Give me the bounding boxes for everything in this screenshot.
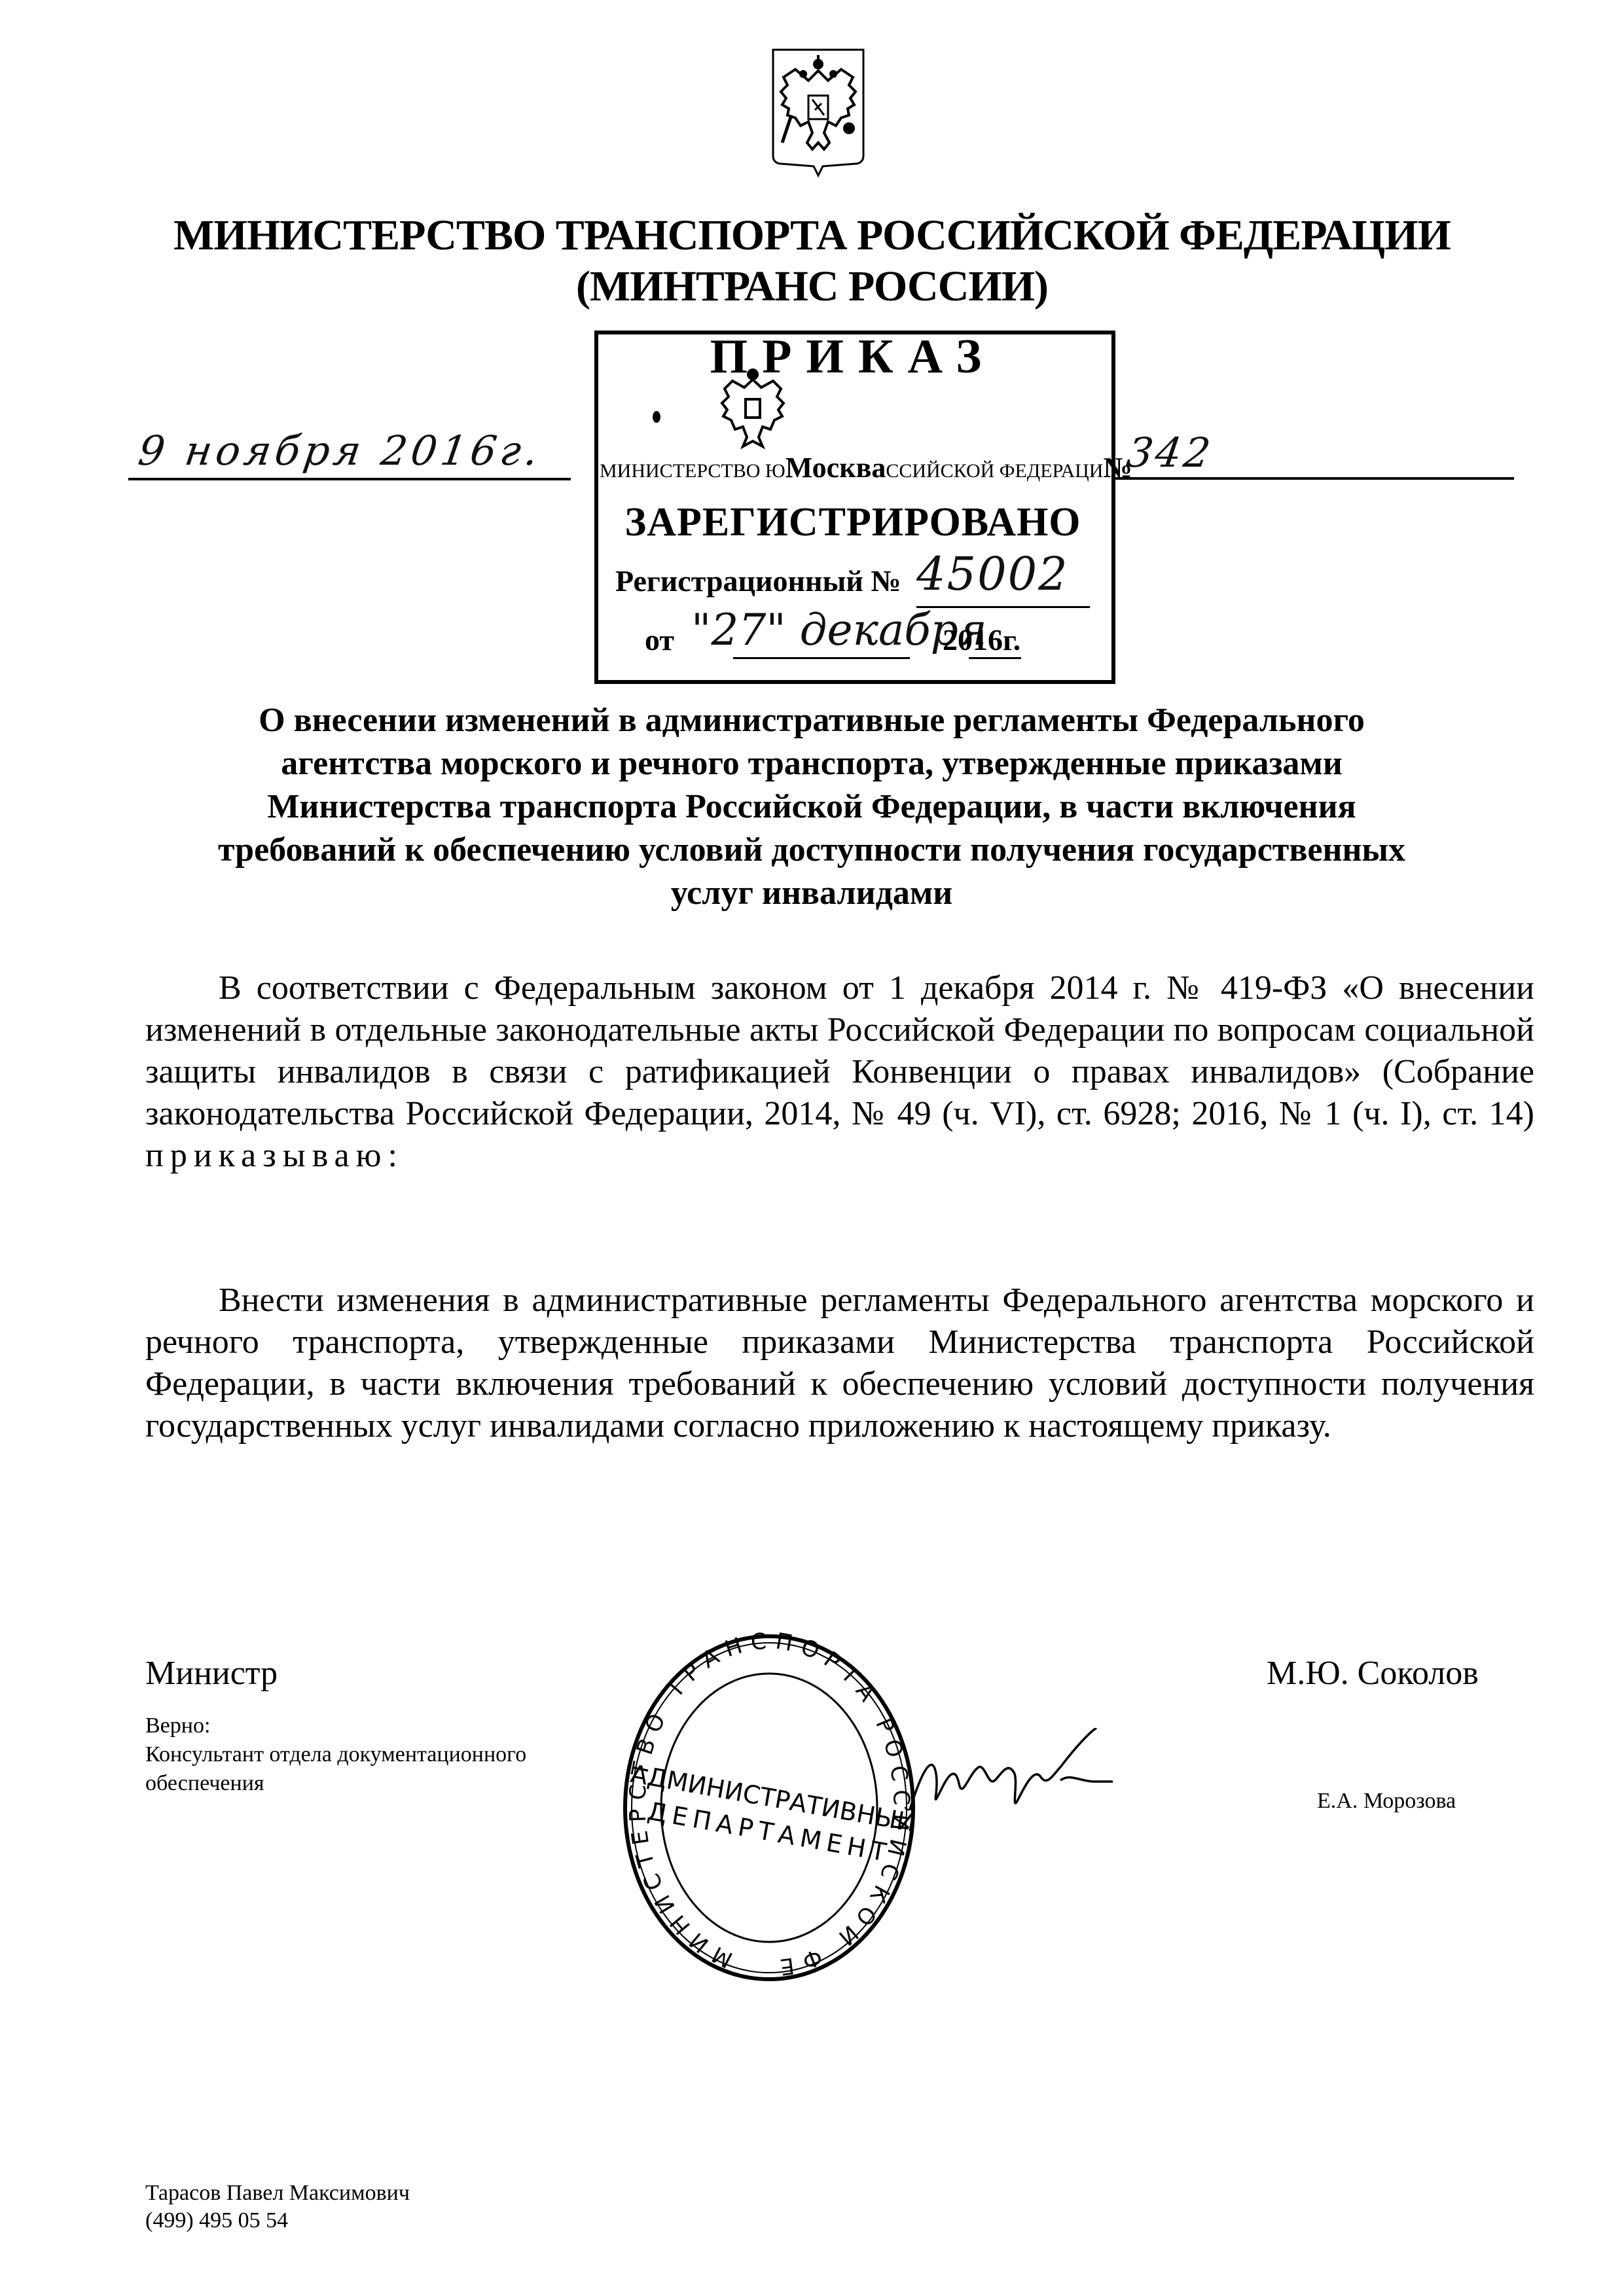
verified-label: Верно:	[145, 1712, 210, 1740]
double-headed-eagle-icon	[717, 367, 789, 452]
signature-mark	[903, 1728, 1119, 1820]
verifier-name: Е.А. Морозова	[1317, 1787, 1456, 1816]
signatory-name: М.Ю. Соколов	[1267, 1653, 1479, 1695]
registration-year-underline	[969, 657, 1021, 659]
preamble-text: В соответствии с Федеральным законом от …	[145, 969, 1534, 1132]
registration-number-value: 45002	[916, 551, 1069, 597]
stamp-ink-dot	[653, 411, 660, 423]
registered-label: ЗАРЕГИСТРИРОВАНО	[594, 496, 1111, 548]
verifier-position: Консультант отдела документационного	[145, 1740, 526, 1769]
stamp-city: Москва	[785, 452, 886, 484]
document-title: О внесении изменений в административные …	[144, 699, 1479, 915]
registration-date-underline	[733, 657, 910, 659]
title-line: О внесении изменений в административные …	[144, 699, 1479, 742]
operative-paragraph: Внести изменения в административные регл…	[145, 1280, 1534, 1447]
order-number-underline	[1111, 477, 1514, 480]
stamp-ministry-prefix: МИНИСТЕРСТВО Ю	[600, 460, 785, 482]
title-line: услуг инвалидами	[144, 872, 1479, 915]
stamp-ministry-line: МИНИСТЕРСТВО ЮМоскваССИЙСКОЙ ФЕДЕРАЦИ№	[600, 452, 1110, 488]
executor-name: Тарасов Павел Максимович	[145, 2179, 410, 2207]
stamp-number-sign: №	[1103, 452, 1132, 484]
russian-coat-of-arms-icon	[769, 45, 867, 179]
order-heading: ПРИКАЗ	[594, 327, 1111, 386]
title-line: агентства морского и речного транспорта,…	[144, 742, 1479, 785]
verifier-position-continued: обеспечения	[145, 1769, 264, 1798]
stamp-ministry-suffix: ССИЙСКОЙ ФЕДЕРАЦИ	[886, 460, 1103, 482]
registration-number-label: Регистрационный №	[615, 562, 901, 601]
executor-phone: (499) 495 05 54	[145, 2207, 288, 2234]
title-line: Министерства транспорта Российской Федер…	[144, 785, 1479, 829]
registration-date-label: от	[645, 620, 674, 660]
order-number-handwritten: 342	[1124, 429, 1216, 476]
ministry-name: МИНИСТЕРСТВО ТРАНСПОРТА РОССИЙСКОЙ ФЕДЕР…	[0, 209, 1624, 262]
preamble-paragraph: В соответствии с Федеральным законом от …	[145, 967, 1534, 1177]
title-line: требований к обеспечению условий доступн…	[144, 829, 1479, 872]
ministry-short-name: (МИНТРАНС РОССИИ)	[0, 260, 1624, 313]
department-seal-icon: МИНИСТЕРСТВО ТРАНСПОРТА РОССИЙСКОЙ ФЕДЕР…	[619, 1630, 920, 1986]
order-date-handwritten: 9 ноября 2016г.	[135, 427, 545, 475]
registration-date-year: 2016г.	[943, 620, 1020, 660]
order-date-underline	[128, 478, 571, 480]
signatory-position: Министр	[145, 1653, 278, 1695]
directive-word: приказываю:	[145, 1137, 404, 1174]
